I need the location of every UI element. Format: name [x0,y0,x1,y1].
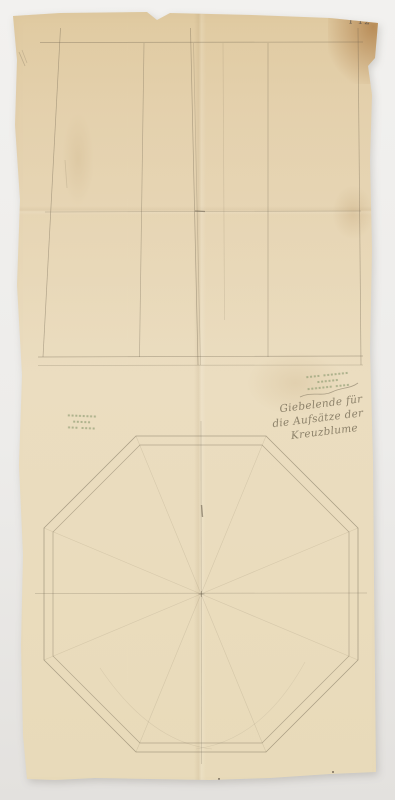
paper-shadow-wrap: I 12 ▪▪▪▪ ▪▪▪▪▪▪▪ ▪▪▪▪▪▪ ▪▪▪▪▪▪▪ ▪▪▪▪ ▪▪… [0,0,395,800]
scanned-archival-sheet: I 12 ▪▪▪▪ ▪▪▪▪▪▪▪ ▪▪▪▪▪▪ ▪▪▪▪▪▪▪ ▪▪▪▪ ▪▪… [0,0,395,800]
elevation-drawing [38,28,363,366]
octagon-plan-drawing [35,421,367,764]
paper-sheet: I 12 ▪▪▪▪ ▪▪▪▪▪▪▪ ▪▪▪▪▪▪ ▪▪▪▪▪▪▪ ▪▪▪▪ ▪▪… [0,0,395,800]
archive-stamp-left: ▪▪▪▪▪▪▪▪ ▪▪▪▪▪ ▪▪▪ ▪▪▪▪ [58,412,107,431]
center-mark [199,591,205,597]
incidental-marks [19,50,358,397]
edge-speck [132,780,134,782]
inventory-number-inscription: I 12 [349,17,371,28]
